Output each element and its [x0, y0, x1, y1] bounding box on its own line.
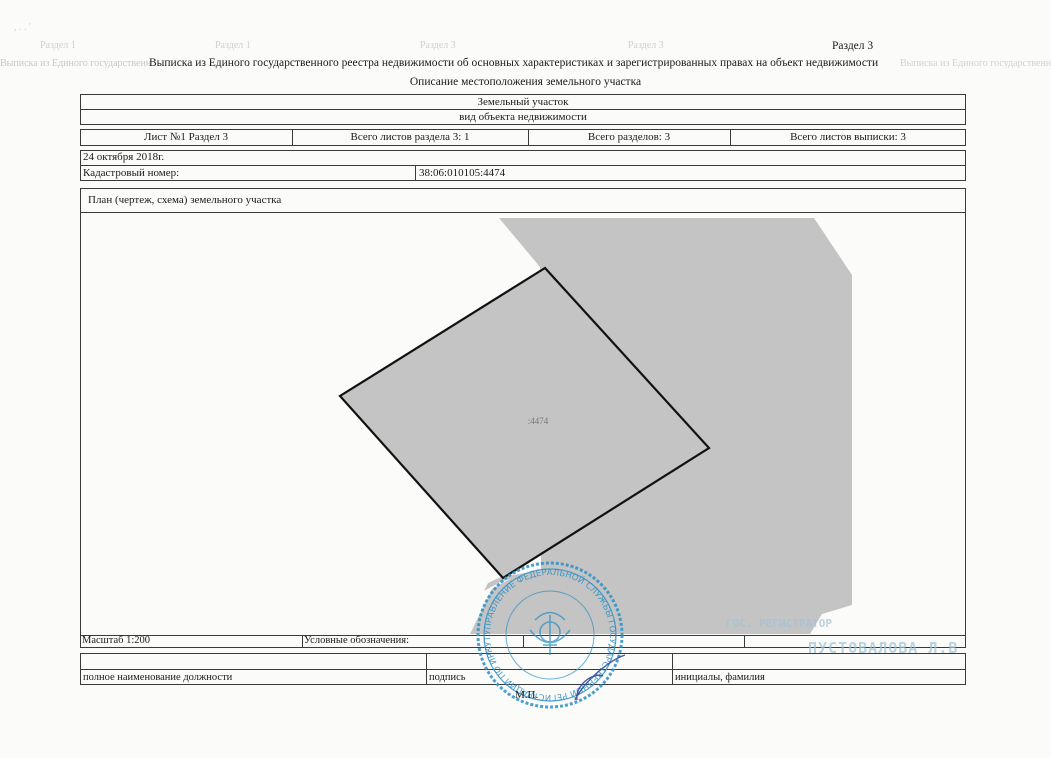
- registrar-name-stamp: ПУСТОВАЛОВА Л.В: [808, 639, 958, 657]
- name-caption: инициалы, фамилия: [675, 671, 765, 684]
- divider: [672, 653, 673, 685]
- official-seal-icon: УПРАВЛЕНИЕ ФЕДЕРАЛЬНОЙ СЛУЖБЫ ГОСУДАРСТВ…: [475, 560, 625, 710]
- position-caption: полное наименование должности: [83, 671, 232, 684]
- seal-caption: М.П.: [515, 689, 538, 702]
- registrar-title-stamp: ГОС. РЕГИСТРАТОР: [726, 617, 832, 630]
- signature-caption: подпись: [429, 671, 466, 684]
- divider: [302, 635, 303, 648]
- divider: [426, 653, 427, 685]
- divider: [744, 635, 745, 648]
- legend-label: Условные обозначения:: [304, 635, 409, 647]
- parcel-label: :4474: [528, 416, 549, 426]
- scale-label: Масштаб 1:200: [82, 635, 150, 647]
